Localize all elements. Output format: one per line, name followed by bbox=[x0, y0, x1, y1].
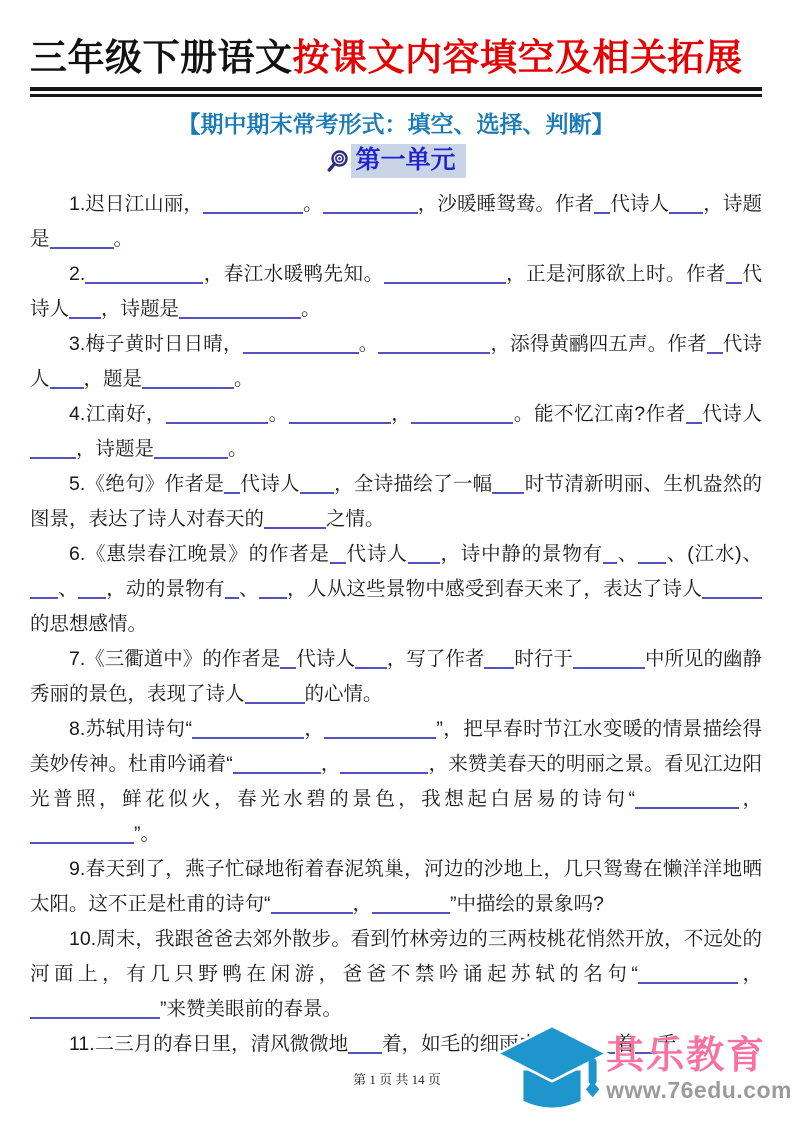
answer-blank bbox=[233, 753, 321, 775]
answer-blank bbox=[603, 543, 617, 565]
question-5: 5.《绝句》作者是代诗人，全诗描绘了一幅时节清新明丽、生机盎然的图景，表达了诗人… bbox=[30, 467, 762, 537]
answer-blank bbox=[702, 578, 762, 600]
page-title-red-part: 按课文内容填空及相关拓展 bbox=[293, 37, 743, 78]
answer-blank bbox=[384, 263, 506, 285]
answer-blank bbox=[300, 473, 334, 495]
exam-format-subtitle: 【期中期末常考形式：填空、选择、判断】 bbox=[30, 106, 762, 139]
answer-blank bbox=[225, 578, 239, 600]
question-3: 3.梅子黄时日日晴，。，添得黄鹂四五声。作者代诗人，题是。 bbox=[30, 327, 762, 397]
brand-text: 其乐教育 www.76edu.com bbox=[606, 1037, 792, 1104]
answer-blank bbox=[271, 893, 353, 915]
answer-blank bbox=[30, 578, 58, 600]
brand-watermark: 其乐教育 www.76edu.com bbox=[494, 1024, 792, 1118]
answer-blank bbox=[686, 403, 702, 425]
answer-blank bbox=[707, 333, 723, 355]
answer-blank bbox=[324, 718, 436, 740]
answer-blank bbox=[638, 543, 666, 565]
answer-blank bbox=[280, 648, 296, 670]
answer-blank bbox=[50, 228, 114, 250]
answer-blank bbox=[355, 648, 387, 670]
question-6: 6.《惠崇春江晚景》的作者是代诗人，诗中静的景物有、、(江水)、、，动的景物有、… bbox=[30, 537, 762, 642]
answer-blank bbox=[635, 788, 739, 810]
question-7: 7.《三衢道中》的作者是代诗人，写了作者时行于中所见的幽静秀丽的景色，表现了诗人… bbox=[30, 642, 762, 712]
question-2: 2.，春江水暖鸭先知。，正是河豚欲上时。作者代诗人，诗题是。 bbox=[30, 257, 762, 327]
answer-blank bbox=[638, 963, 738, 985]
answer-blank bbox=[30, 998, 160, 1020]
answer-blank bbox=[203, 193, 303, 215]
answer-blank bbox=[30, 438, 76, 460]
answer-blank bbox=[726, 263, 742, 285]
answer-blank bbox=[50, 368, 84, 390]
answer-blank bbox=[85, 263, 203, 285]
answer-blank bbox=[224, 473, 240, 495]
answer-blank bbox=[330, 543, 346, 565]
answer-blank bbox=[372, 893, 450, 915]
brand-url: www.76edu.com bbox=[606, 1077, 792, 1105]
section-header: 第一单元 bbox=[30, 144, 762, 178]
answer-blank bbox=[340, 753, 428, 775]
answer-blank bbox=[289, 403, 391, 425]
answer-blank bbox=[243, 333, 359, 355]
worksheet-page: 三年级下册语文按课文内容填空及相关拓展 【期中期末常考形式：填空、选择、判断】 … bbox=[0, 0, 794, 1062]
question-8: 8.苏轼用诗句“，”，把早春时节江水变暖的情景描绘得美妙传神。杜甫吟诵着“，，来… bbox=[30, 712, 762, 852]
answer-blank bbox=[264, 508, 326, 530]
question-10: 10.周末，我跟爸爸去郊外散步。看到竹林旁边的三两枝桃花悄然开放，不远处的河面上… bbox=[30, 922, 762, 1027]
answer-blank bbox=[484, 648, 514, 670]
section-label: 第一单元 bbox=[351, 144, 465, 178]
page-title-black-part: 三年级下册语文 bbox=[30, 37, 293, 78]
brand-name: 其乐教育 bbox=[606, 1037, 766, 1077]
answer-blank bbox=[594, 193, 610, 215]
answer-blank bbox=[348, 1033, 382, 1055]
answer-blank bbox=[411, 403, 513, 425]
answer-blank bbox=[78, 578, 106, 600]
answer-blank bbox=[69, 298, 101, 320]
answer-blank bbox=[166, 403, 268, 425]
answer-blank bbox=[179, 298, 301, 320]
answer-blank bbox=[192, 718, 304, 740]
question-1: 1.迟日江山丽，。，沙暖睡鸳鸯。作者代诗人，诗题是。 bbox=[30, 187, 762, 257]
answer-blank bbox=[378, 333, 490, 355]
answer-blank bbox=[245, 683, 305, 705]
answer-blank bbox=[323, 193, 418, 215]
answer-blank bbox=[408, 543, 440, 565]
answer-blank bbox=[154, 438, 228, 460]
question-list: 1.迟日江山丽，。，沙暖睡鸳鸯。作者代诗人，诗题是。2.，春江水暖鸭先知。，正是… bbox=[30, 187, 762, 1062]
answer-blank bbox=[30, 823, 134, 845]
graduation-cap-icon bbox=[494, 1024, 610, 1118]
answer-blank bbox=[142, 368, 234, 390]
magnifier-icon bbox=[326, 149, 350, 173]
answer-blank bbox=[259, 578, 287, 600]
answer-blank bbox=[573, 648, 645, 670]
answer-blank bbox=[669, 193, 703, 215]
question-4: 4.江南好，。，。能不忆江南?作者代诗人，诗题是。 bbox=[30, 397, 762, 467]
title-divider bbox=[30, 87, 762, 97]
question-9: 9.春天到了，燕子忙碌地衔着春泥筑巢，河边的沙地上，几只鸳鸯在懒洋洋地晒太阳。这… bbox=[30, 852, 762, 922]
answer-blank bbox=[492, 473, 524, 495]
page-title: 三年级下册语文按课文内容填空及相关拓展 bbox=[30, 34, 762, 82]
